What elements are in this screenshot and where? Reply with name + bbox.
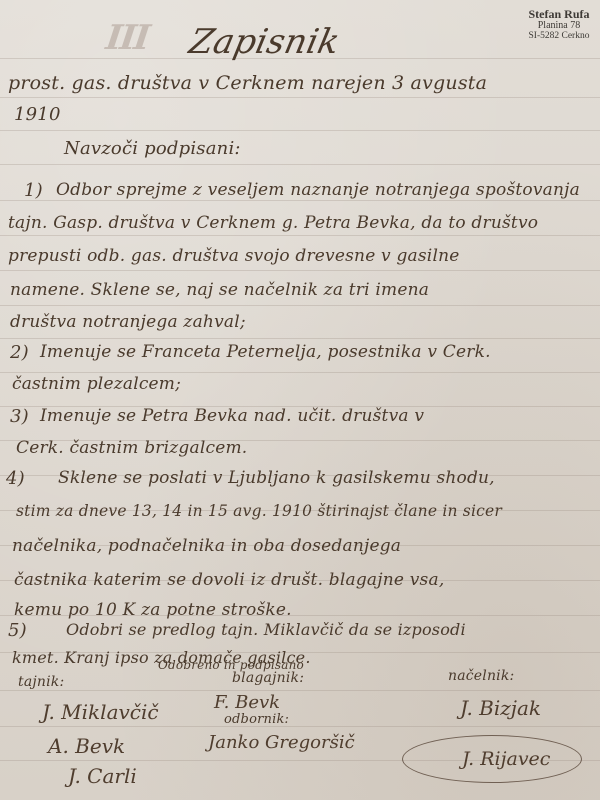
item-4-line-1: Sklene se poslati v Ljubljano k gasilske… (58, 468, 495, 488)
role-label-secretary: tajnik: (18, 674, 64, 690)
heading-line-1: prost. gas. društva v Cerknem narejen 3 … (8, 72, 487, 94)
owner-stamp: Stefan Rufa Planina 78 SI-5282 Cerkno (518, 8, 600, 41)
signature-commander-2: J. Rijavec (462, 748, 550, 770)
attendees-label: Navzoči podpisani: (64, 138, 241, 159)
role-label-committee: odbornik: (224, 712, 289, 727)
signature-secretary-3: J. Carli (68, 764, 137, 788)
item-5-line-1: Odobri se predlog tajn. Miklavčič da se … (66, 620, 466, 639)
heading-line-2-year: 1910 (14, 104, 61, 125)
item-2-number: 2) (10, 342, 29, 363)
signature-commander-1: J. Bizjak (460, 696, 541, 720)
item-5-number: 5) (8, 620, 27, 641)
item-4-line-2: stim za dneve 13, 14 in 15 avg. 1910 šti… (16, 502, 502, 520)
ruled-line (0, 726, 600, 727)
ruled-line (0, 97, 600, 98)
ruled-line (0, 690, 600, 691)
role-label-treasurer: blagajnik: (232, 670, 304, 686)
ruled-line (0, 305, 600, 306)
item-1-number: 1) (24, 180, 43, 201)
signature-treasurer: F. Bevk (214, 692, 280, 713)
document-title: Zapisnik (186, 22, 343, 62)
item-1-line-3: prepusti odb. gas. društva svojo drevesn… (8, 246, 460, 266)
item-2-line-1: Imenuje se Franceta Peternelja, posestni… (40, 342, 491, 362)
item-3-line-1: Imenuje se Petra Bevka nad. učit. društv… (40, 406, 424, 426)
stamp-street: Planina 78 (518, 21, 600, 31)
item-1-line-2: tajn. Gasp. društva v Cerknem g. Petra B… (8, 213, 538, 233)
ruled-line (0, 372, 600, 373)
ruled-line (0, 130, 600, 131)
ruled-line (0, 164, 600, 165)
ruled-line (0, 200, 600, 201)
stamp-city: SI-5282 Cerkno (518, 31, 600, 41)
item-1-line-1: Odbor sprejme z veseljem naznanje notran… (56, 180, 580, 200)
item-3-line-2: Cerk. častnim brizgalcem. (16, 438, 247, 458)
item-1-line-5: društva notranjega zahval; (10, 312, 246, 332)
role-label-commander: načelnik: (448, 668, 514, 684)
item-4-line-4: častnika katerim se dovoli iz društ. bla… (14, 570, 444, 590)
item-4-line-3: načelnika, podnačelnika in oba dosedanje… (12, 536, 401, 556)
ruled-line (0, 270, 600, 271)
ruled-line (0, 338, 600, 339)
signature-committee: Janko Gregoršič (208, 732, 355, 753)
item-4-number: 4) (6, 468, 25, 489)
item-2-line-2: častnim plezalcem; (12, 374, 181, 394)
scanned-document-page: III Zapisnik Stefan Rufa Planina 78 SI-5… (0, 0, 600, 800)
roman-numeral-mark: III (100, 18, 155, 58)
item-4-line-5: kemu po 10 K za potne stroške. (14, 600, 292, 620)
item-3-number: 3) (10, 406, 29, 427)
signature-secretary-1: J. Miklavčič (42, 700, 159, 724)
signature-secretary-2: A. Bevk (48, 734, 125, 758)
ruled-line (0, 235, 600, 236)
item-1-line-4: namene. Sklene se, naj se načelnik za tr… (10, 280, 429, 300)
